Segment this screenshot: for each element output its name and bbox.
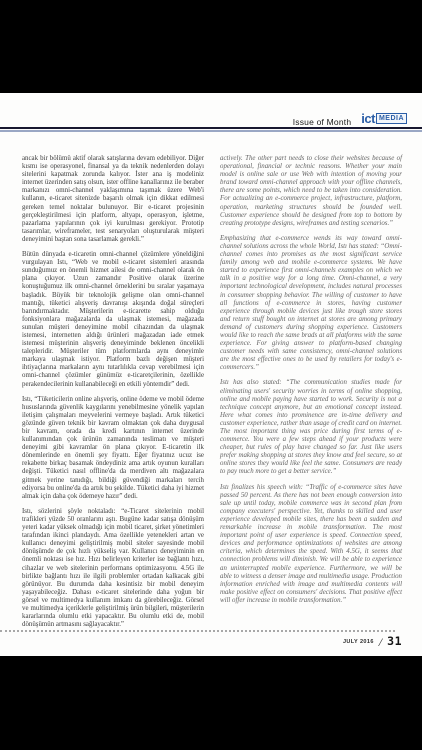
turkish-paragraph: Istı, sözlerini şöyle noktaladı: “e-Tica… [22, 508, 204, 629]
turkish-paragraph: ancak bir bölümü aktif olarak satışların… [22, 155, 204, 244]
english-paragraph: Emphasizing that e-commerce wends its wa… [220, 235, 402, 373]
article-body: ancak bir bölümü aktif olarak satışların… [22, 155, 402, 636]
logo-media-badge: MEDIA [376, 113, 407, 124]
article-column-english: actively. The other part needs to close … [220, 155, 402, 636]
footer-dotted-rule [0, 630, 395, 632]
english-paragraph: Istı has also stated: “The communication… [220, 379, 402, 476]
footer-date: JULY 2016 [343, 639, 374, 645]
header-rule-dark [0, 127, 422, 129]
article-column-turkish: ancak bir bölümü aktif olarak satışların… [22, 155, 204, 636]
page-footer: JULY 2016 / 31 [343, 636, 402, 647]
turkish-paragraph: Bütün dünyada e-ticaretin omni-channel ç… [22, 251, 204, 389]
footer-separator: / [379, 637, 382, 647]
english-paragraph: actively. The other part needs to close … [220, 155, 402, 228]
magazine-scan-frame: Issue of Month ict MEDIA ancak bir bölüm… [0, 0, 422, 750]
turkish-paragraph: Istı, “Tüketicilerin online alışveriş, o… [22, 396, 204, 501]
magazine-page: Issue of Month ict MEDIA ancak bir bölüm… [0, 93, 422, 656]
english-paragraph: Istı finalizes his speech with: “Traffic… [220, 484, 402, 605]
header-rule-light [0, 130, 422, 132]
page-number: 31 [387, 636, 402, 647]
logo-ict-text: ict [361, 111, 376, 126]
